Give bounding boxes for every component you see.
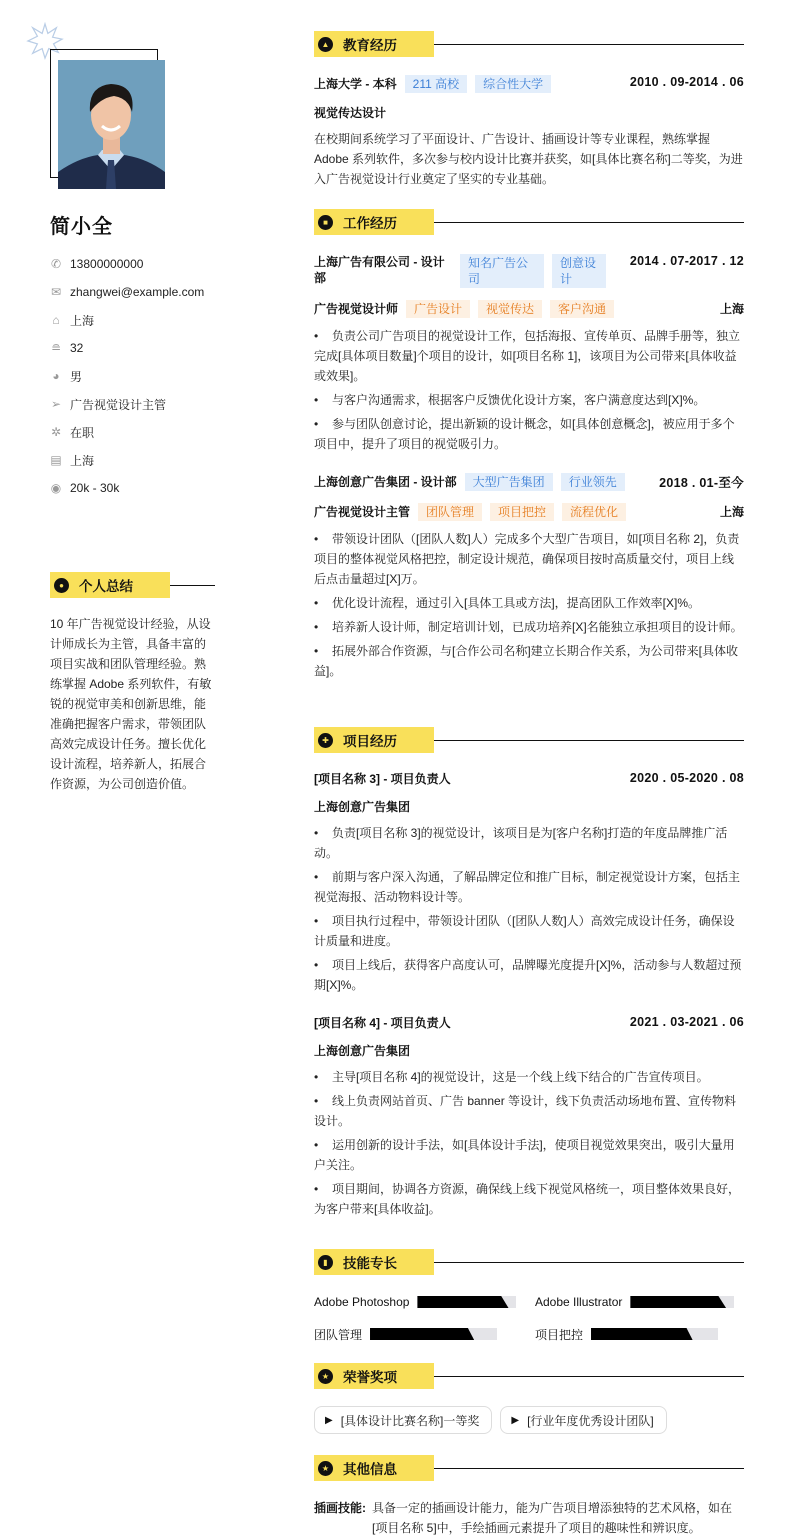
candidate-name: 简小全 (50, 210, 113, 239)
tag: 综合性大学 (475, 75, 551, 93)
skills-list: Adobe Photoshop Adobe Illustrator 团队管理 项… (314, 1294, 744, 1342)
user-icon: ● (54, 578, 69, 593)
awards-section-header: ★荣誉奖项 (314, 1363, 744, 1389)
email-icon: ✉ (50, 286, 62, 298)
graduation-cap-icon: ▲ (318, 37, 333, 52)
project-entry: [项目名称 3] - 项目负责人 2020 . 05-2020 . 08 上海创… (314, 771, 744, 999)
award-icon: ★ (318, 1369, 333, 1384)
bullet-item: 带领设计团队（[团队人数]人）完成多个大型广告项目，如[项目名称 2]，负责项目… (314, 529, 744, 589)
education-section-header: ▲教育经历 (314, 31, 744, 57)
skill-item: 团队管理 (314, 1326, 535, 1342)
skill-item: Adobe Photoshop (314, 1294, 535, 1310)
job-city: 上海 (720, 301, 744, 317)
job-city: 上海 (720, 504, 744, 520)
date-range: 2018 . 01-至今 (659, 473, 744, 491)
company-name: 上海创意广告集团 - 设计部 (314, 474, 457, 490)
education-description: 在校期间系统学习了平面设计、广告设计、插画设计等专业课程，熟练掌握 Adobe … (314, 129, 744, 189)
project-name: [项目名称 4] - 项目负责人 (314, 1015, 451, 1031)
date-range: 2014 . 07-2017 . 12 (630, 254, 744, 268)
info-location: ⌂上海 (50, 306, 204, 334)
tag: 流程优化 (562, 503, 626, 521)
project-name: [项目名称 3] - 项目负责人 (314, 771, 451, 787)
skill-item: Adobe Illustrator (535, 1294, 734, 1310)
building-icon: ▤ (50, 454, 62, 466)
info-salary: ◉20k - 30k (50, 474, 204, 502)
divider (434, 44, 744, 45)
bullet-item: 负责公司广告项目的视觉设计工作，包括海报、宣传单页、品牌手册等，独立完成[具体项… (314, 326, 744, 386)
project-entry: [项目名称 4] - 项目负责人 2021 . 03-2021 . 06 上海创… (314, 1015, 744, 1223)
tag: 视觉传达 (478, 300, 542, 318)
divider (434, 740, 744, 741)
work-entry: 上海创意广告集团 - 设计部 大型广告集团 行业领先 2018 . 01-至今 … (314, 473, 744, 685)
bullet-item: 项目上线后，获得客户高度认可，品牌曝光度提升[X]%，活动参与人数超过预期[X]… (314, 955, 744, 995)
avatar-photo (58, 60, 165, 189)
cake-icon: ≘ (50, 342, 62, 354)
award-item: ▶[行业年度优秀设计团队] (500, 1406, 666, 1434)
bullet-item: 培养新人设计师，制定培训计划，已成功培养[X]名能独立承担项目的设计师。 (314, 617, 744, 637)
contact-info-list: ✆13800000000 ✉zhangwei@example.com ⌂上海 ≘… (50, 250, 204, 502)
work-entry: 上海广告有限公司 - 设计部 知名广告公司 创意设计 2014 . 07-201… (314, 254, 744, 458)
send-icon: ➢ (50, 398, 62, 410)
bar-chart-icon: ▮ (318, 1255, 333, 1270)
skill-bar (630, 1296, 734, 1308)
info-city: ▤上海 (50, 446, 204, 474)
info-gender: ◕男 (50, 362, 204, 390)
date-range: 2021 . 03-2021 . 06 (630, 1015, 744, 1029)
summary-text: 10 年广告视觉设计经验，从设计师成长为主管，具备丰富的项目实战和团队管理经验。… (50, 614, 215, 794)
skill-item: 项目把控 (535, 1326, 718, 1342)
tag: 211 高校 (405, 75, 467, 93)
bullet-item: 拓展外部合作资源，与[合作公司名称]建立长期合作关系，为公司带来[具体收益]。 (314, 641, 744, 681)
company-name: 上海广告有限公司 - 设计部 (314, 254, 452, 286)
project-org: 上海创意广告集团 (314, 799, 744, 815)
tag: 创意设计 (552, 254, 606, 288)
bullet-item: 负责[项目名称 3]的视觉设计，该项目是为[客户名称]打造的年度品牌推广活动。 (314, 823, 744, 863)
tag: 客户沟通 (550, 300, 614, 318)
skill-bar (370, 1328, 497, 1340)
skill-bar (417, 1296, 516, 1308)
bullet-item: 优化设计流程，通过引入[具体工具或方法]，提高团队工作效率[X]%。 (314, 593, 744, 613)
bullet-item: 前期与客户深入沟通，了解品牌定位和推广目标，制定视觉设计方案，包括主视觉海报、活… (314, 867, 744, 907)
divider (434, 222, 744, 223)
skill-bar (591, 1328, 718, 1340)
bullet-item: 运用创新的设计手法，如[具体设计手法]，使项目视觉效果突出，吸引大量用户关注。 (314, 1135, 744, 1175)
job-role: 广告视觉设计师 (314, 301, 398, 317)
tag: 项目把控 (490, 503, 554, 521)
date-range: 2010 . 09-2014 . 06 (630, 75, 744, 89)
divider (434, 1376, 744, 1377)
other-text: 具备一定的插画设计能力，能为广告项目增添独特的艺术风格，如在[项目名称 5]中，… (372, 1498, 744, 1538)
tag: 团队管理 (418, 503, 482, 521)
bullet-item: 项目执行过程中，带领设计团队（[团队人数]人）高效完成设计任务，确保设计质量和进… (314, 911, 744, 951)
status-icon: ✲ (50, 426, 62, 438)
info-email: ✉zhangwei@example.com (50, 278, 204, 306)
projects-section-header: ✚项目经历 (314, 727, 744, 753)
tag: 知名广告公司 (460, 254, 544, 288)
project-org: 上海创意广告集团 (314, 1043, 744, 1059)
education-entry: 上海大学 - 本科 211 高校 综合性大学 2010 . 09-2014 . … (314, 75, 744, 189)
home-icon: ⌂ (50, 314, 62, 326)
bullet-item: 项目期间，协调各方资源，确保线上线下视觉风格统一，项目整体效果良好，为客户带来[… (314, 1179, 744, 1219)
other-section-header: ★其他信息 (314, 1455, 744, 1481)
tag: 行业领先 (561, 473, 625, 491)
work-section-header: ■工作经历 (314, 209, 744, 235)
awards-list: ▶[具体设计比赛名称]一等奖 ▶[行业年度优秀设计团队] (314, 1406, 744, 1434)
info-icon: ★ (318, 1461, 333, 1476)
school-name: 上海大学 - 本科 (314, 76, 397, 92)
info-age: ≘32 (50, 334, 204, 362)
other-info-entry: 插画技能: 具备一定的插画设计能力，能为广告项目增添独特的艺术风格，如在[项目名… (314, 1498, 744, 1538)
tag: 大型广告集团 (465, 473, 553, 491)
tag: 广告设计 (406, 300, 470, 318)
date-range: 2020 . 05-2020 . 08 (630, 771, 744, 785)
award-item: ▶[具体设计比赛名称]一等奖 (314, 1406, 492, 1434)
other-label: 插画技能: (314, 1498, 366, 1538)
bullet-item: 参与团队创意讨论，提出新颖的设计概念，如[具体创意概念]，被应用于多个项目中，提… (314, 414, 744, 454)
bullet-item: 线上负责网站首页、广告 banner 等设计，线下负责活动场地布置、宣传物料设计… (314, 1091, 744, 1131)
bullet-item: 与客户沟通需求，根据客户反馈优化设计方案，客户满意度达到[X]%。 (314, 390, 744, 410)
skills-section-header: ▮技能专长 (314, 1249, 744, 1275)
bullet-item: 主导[项目名称 4]的视觉设计，这是一个线上线下结合的广告宣传项目。 (314, 1067, 744, 1087)
info-phone: ✆13800000000 (50, 250, 204, 278)
divider (434, 1262, 744, 1263)
triangle-right-icon: ▶ (325, 1415, 333, 1426)
salary-icon: ◉ (50, 482, 62, 494)
divider (170, 585, 215, 586)
summary-section-header: ●个人总结 (50, 572, 215, 598)
divider (434, 1468, 744, 1469)
triangle-right-icon: ▶ (511, 1415, 519, 1426)
info-position: ➢广告视觉设计主管 (50, 390, 204, 418)
phone-icon: ✆ (50, 258, 62, 270)
grid-icon: ✚ (318, 733, 333, 748)
major: 视觉传达设计 (314, 105, 744, 121)
briefcase-icon: ■ (318, 215, 333, 230)
gender-icon: ◕ (50, 370, 62, 382)
job-role: 广告视觉设计主管 (314, 504, 410, 520)
info-status: ✲在职 (50, 418, 204, 446)
